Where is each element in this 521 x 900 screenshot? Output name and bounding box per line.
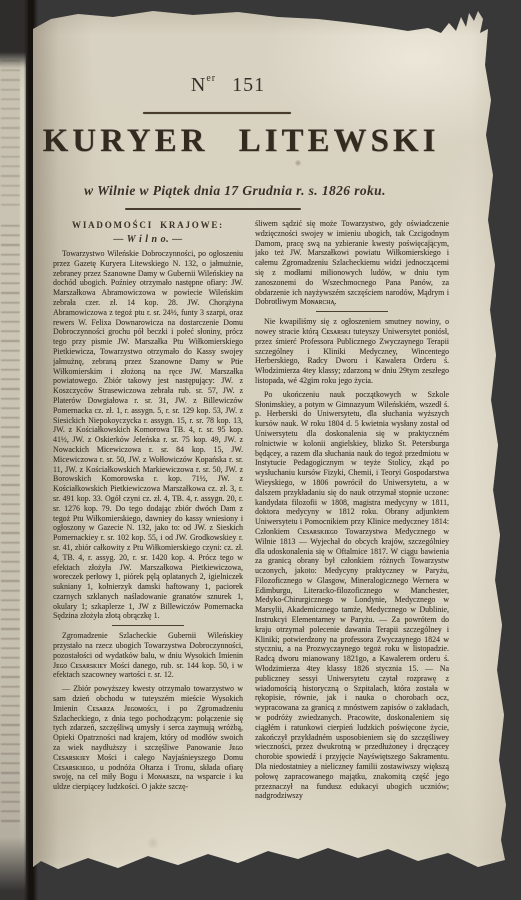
right-column: śliwem sądzić się może Towarzystwo, gdy … — [255, 219, 449, 803]
paragraph-separator-rule — [316, 311, 388, 312]
paper-sheet: Ner151 KURYER LITEWSKI w Wilnie w Piątek… — [33, 5, 513, 885]
newspaper-page-scan: { "scan": { "background_color": "#383838… — [0, 0, 521, 900]
issue-superscript: er — [206, 73, 216, 84]
dateline: w Wilnie w Piątek dnia 17 Grudnia r. s. … — [55, 183, 415, 199]
newspaper-title: KURYER LITEWSKI — [41, 123, 441, 160]
paragraph: Po ukończeniu nauk początkowych w Szkole… — [255, 390, 449, 801]
dateline-subheading: — W i l n o. — — [53, 234, 243, 245]
masthead-rule — [143, 112, 291, 114]
paragraph: śliwem sądzić się może Towarzystwo, gdy … — [255, 219, 449, 307]
facing-page-text-lines — [1, 60, 20, 210]
article-columns: WIADOMOŚCI KRAJOWE:— W i l n o. —Towarzy… — [53, 219, 449, 803]
issue-number: Ner151 — [143, 73, 313, 97]
paragraph: Nie kwapiliśmy się z ogłoszeniem smutney… — [255, 317, 449, 386]
facing-page-text-lines — [1, 225, 20, 825]
issue-prefix: N — [191, 74, 206, 96]
paragraph-separator-rule — [112, 625, 184, 626]
left-column: WIADOMOŚCI KRAJOWE:— W i l n o. —Towarzy… — [53, 219, 243, 803]
paragraph: Zgromadzenie Szlacheckie Gubernii Wileńs… — [53, 631, 243, 680]
paragraph: — Zbiór powyższey kwesty otrzymało towar… — [53, 684, 243, 792]
newspaper-content: Ner151 KURYER LITEWSKI w Wilnie w Piątek… — [33, 5, 513, 885]
issue-number-value: 151 — [232, 74, 265, 96]
section-heading: WIADOMOŚCI KRAJOWE: — [53, 220, 243, 230]
paragraph: Towarzystwo Wileńskie Dobroczynności, po… — [53, 249, 243, 621]
dateline-rule — [125, 208, 301, 210]
